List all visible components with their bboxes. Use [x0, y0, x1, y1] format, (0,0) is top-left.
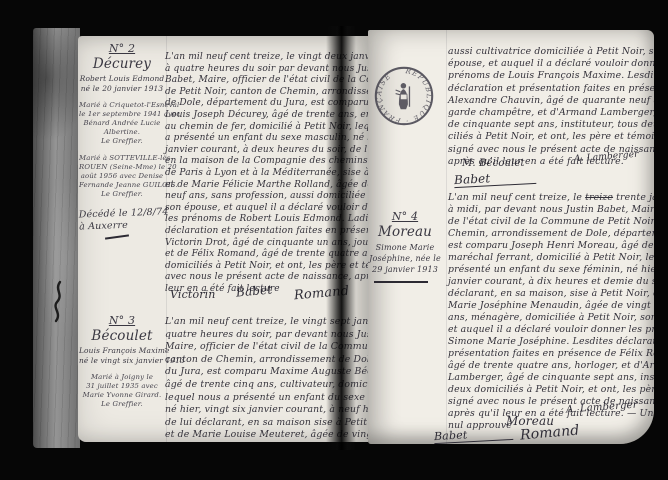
- death-annotation: Décédé le 12/8/74à Auxerre: [79, 206, 166, 233]
- margin-note-record-4: N° 4 Moreau Simone MarieJoséphine, née l…: [368, 210, 448, 283]
- act-identity: Simone MarieJoséphine, née le29 janvier …: [368, 242, 448, 275]
- marriage-annotation-2: Marié à SOTTEVILLE-lès-ROUEN (Seine-Mme)…: [79, 154, 165, 200]
- signature-babet: Babet: [434, 426, 514, 444]
- ink-squiggle: [52, 280, 68, 326]
- act-surname: Bécoulet: [79, 328, 165, 344]
- republique-francaise-seal-icon: RÉPUBLIQUE · FRANÇAISE: [374, 66, 434, 126]
- act-surname: Moreau: [368, 224, 448, 240]
- binding-gutter-shadow: [326, 26, 356, 450]
- pen-underline: [374, 281, 428, 283]
- act-identity: Louis François Maximené le vingt six jan…: [79, 346, 165, 366]
- register-scan: N° 2 Décurey Robert Louis Edmondné le 20…: [0, 0, 668, 480]
- book-page-edges: [33, 28, 80, 448]
- act-surname: Décurey: [79, 56, 165, 72]
- marriage-annotation-1: Marié à Criquetot-l'Esnevalle 1er septem…: [79, 101, 165, 147]
- left-page: N° 2 Décurey Robert Louis Edmondné le 20…: [78, 36, 368, 442]
- act-4-lines: à midi, par devant nous Justin Babet, Ma…: [448, 204, 654, 432]
- signature-victorin: Victorin: [170, 288, 216, 301]
- signature-babet: Babet: [235, 282, 272, 299]
- signature-becoulet: M. Bécoulet: [462, 158, 525, 169]
- act-4-first-line: L'an mil neuf cent treize, le treize tre…: [448, 192, 654, 204]
- act-number: N° 4: [368, 210, 448, 223]
- right-page: RÉPUBLIQUE · FRANÇAISE N° 4 Moreau Simon…: [368, 30, 654, 444]
- act-3-text-part2: aussi cultivatrice domiciliée à Petit No…: [448, 46, 654, 168]
- act-4-text: L'an mil neuf cent treize, le treize tre…: [448, 192, 654, 432]
- signature-babet: Babet: [454, 169, 537, 188]
- act-identity: Robert Louis Edmondné le 20 janvier 1913: [79, 74, 165, 94]
- marriage-annotation-1: Marié à Joigny le31 juillet 1935 avecMar…: [79, 373, 165, 410]
- act-number: N° 2: [79, 42, 165, 55]
- pen-flourish: [105, 234, 129, 239]
- struck-word: treize: [585, 192, 613, 203]
- margin-note-record-3: N° 3 Bécoulet Louis François Maximené le…: [79, 314, 165, 409]
- act-number: N° 3: [79, 314, 165, 327]
- margin-note-record-2: N° 2 Décurey Robert Louis Edmondné le 20…: [79, 42, 165, 238]
